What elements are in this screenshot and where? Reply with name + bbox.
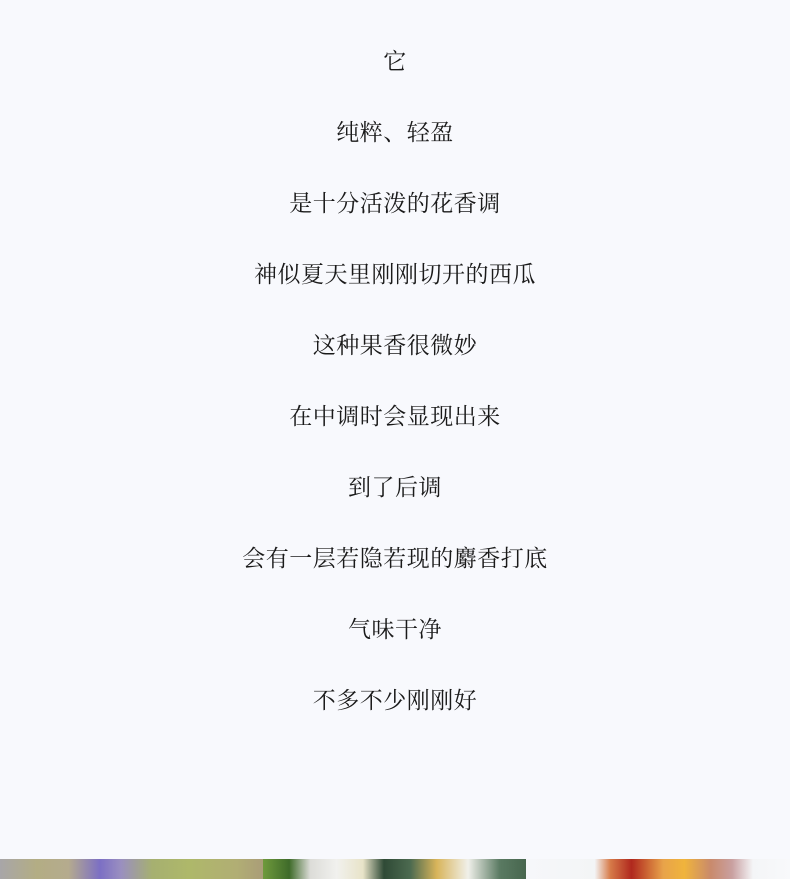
poem-line: 气味干净 xyxy=(0,615,790,645)
poem-line: 到了后调 xyxy=(0,473,790,503)
poem-line: 这种果香很微妙 xyxy=(0,331,790,361)
poem-line: 会有一层若隐若现的麝香打底 xyxy=(0,544,790,574)
poem-line: 它 xyxy=(0,47,790,77)
fruit-image xyxy=(526,859,790,879)
image-strip xyxy=(0,859,790,879)
purple-flowers-image xyxy=(0,859,263,879)
poem-line: 神似夏天里刚刚切开的西瓜 xyxy=(0,260,790,290)
poem-line: 不多不少刚刚好 xyxy=(0,686,790,716)
poem-line: 在中调时会显现出来 xyxy=(0,402,790,432)
poem-line: 是十分活泼的花香调 xyxy=(0,189,790,219)
poem-line: 纯粹、轻盈 xyxy=(0,118,790,148)
white-flowers-image xyxy=(263,859,526,879)
